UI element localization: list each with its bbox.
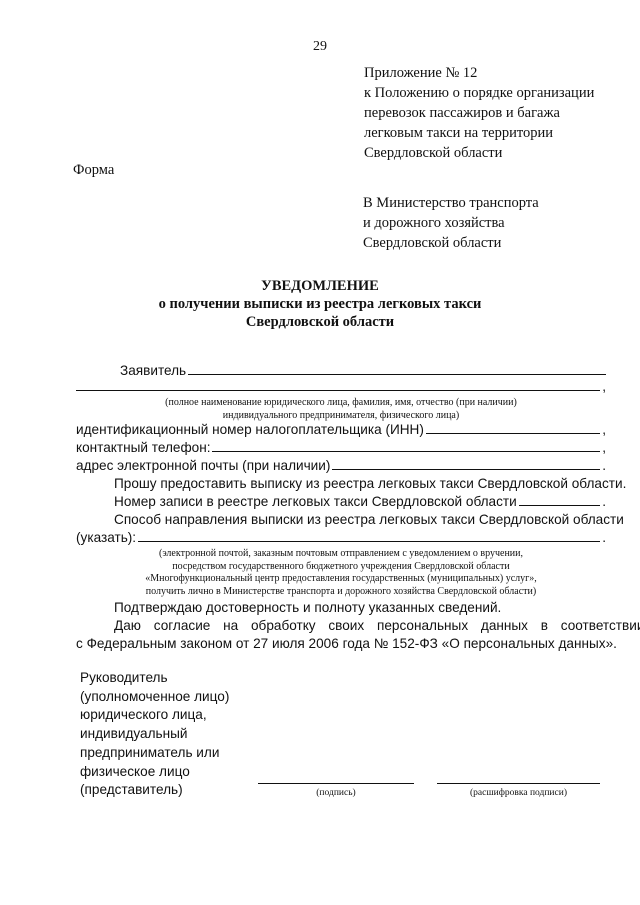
phone-label: контактный телефон: <box>76 439 210 457</box>
confirm-text: Подтверждаю достоверность и полноту указ… <box>114 599 501 617</box>
method-trailing: . <box>602 529 606 547</box>
document-title: УВЕДОМЛЕНИЕ о получении выписки из реест… <box>0 277 640 331</box>
consent-text-2: с Федеральным законом от 27 июля 2006 го… <box>76 635 617 653</box>
signatory-line: (уполномоченное лицо) <box>80 688 229 707</box>
method-note: (электронной почтой, заказным почтовым о… <box>76 548 606 598</box>
phone-input[interactable] <box>212 439 600 452</box>
record-trailing: . <box>602 493 606 511</box>
addressee-block: В Министерство транспорта и дорожного хо… <box>363 193 539 253</box>
method-note-line: посредством государственного бюджетного … <box>76 561 606 574</box>
request-text: Прошу предоставить выписку из реестра ле… <box>114 475 626 493</box>
inn-row: идентификационный номер налогоплательщик… <box>76 421 606 439</box>
signatory-line: физическое лицо <box>80 763 229 782</box>
method-input[interactable] <box>138 529 600 542</box>
method-note-line: (электронной почтой, заказным почтовым о… <box>76 548 606 561</box>
appendix-line: к Положению о порядке организации <box>364 83 594 103</box>
title-sub-1: о получении выписки из реестра легковых … <box>0 295 640 313</box>
method-note-line: получить лично в Министерстве транспорта… <box>76 586 606 599</box>
method-label: Способ направления выписки из реестра ле… <box>114 511 624 529</box>
inn-trailing: , <box>602 421 606 439</box>
method-row-2: (указать): . <box>76 529 606 547</box>
signatory-line: (представитель) <box>80 781 229 800</box>
method-label-2: (указать): <box>76 529 136 547</box>
signature-caption: (подпись) <box>258 787 414 800</box>
record-input[interactable] <box>519 493 600 506</box>
email-label: адрес электронной почты (при наличии) <box>76 457 330 475</box>
title-sub-2: Свердловской области <box>0 313 640 331</box>
applicant-input-continued[interactable] <box>76 378 600 391</box>
record-row: Номер записи в реестре легковых такси Св… <box>76 493 606 511</box>
signature-decoding-input[interactable] <box>437 783 600 784</box>
method-note-line: «Многофункциональный центр предоставлени… <box>76 573 606 586</box>
email-trailing: . <box>602 457 606 475</box>
addressee-line: В Министерство транспорта <box>363 193 539 213</box>
page-number: 29 <box>313 37 327 57</box>
signatory-block: Руководитель (уполномоченное лицо) юриди… <box>80 669 229 800</box>
addressee-line: Свердловской области <box>363 233 539 253</box>
signatory-line: индивидуальный <box>80 725 229 744</box>
phone-row: контактный телефон: , <box>76 439 606 457</box>
appendix-line: перевозок пассажиров и багажа <box>364 103 594 123</box>
inn-input[interactable] <box>426 421 600 434</box>
inn-label: идентификационный номер налогоплательщик… <box>76 421 424 439</box>
addressee-line: и дорожного хозяйства <box>363 213 539 233</box>
applicant-note-line: (полное наименование юридического лица, … <box>76 397 606 410</box>
applicant-row-2: , <box>76 378 606 396</box>
appendix-block: Приложение № 12 к Положению о порядке ор… <box>364 63 594 163</box>
email-input[interactable] <box>332 457 600 470</box>
signatory-line: юридического лица, <box>80 706 229 725</box>
phone-trailing: , <box>602 439 606 457</box>
appendix-line: легковым такси на территории <box>364 123 594 143</box>
method-row: Способ направления выписки из реестра ле… <box>76 511 606 529</box>
form-label: Форма <box>73 160 114 180</box>
applicant-input[interactable] <box>188 362 606 375</box>
decoding-caption: (расшифровка подписи) <box>437 787 600 800</box>
signatory-line: предприниматель или <box>80 744 229 763</box>
title-main: УВЕДОМЛЕНИЕ <box>0 277 640 295</box>
appendix-line: Свердловской области <box>364 143 594 163</box>
consent-text-1: Даю согласие на обработку своих персонал… <box>114 617 640 635</box>
signatory-line: Руководитель <box>80 669 229 688</box>
consent-row-2: с Федеральным законом от 27 июля 2006 го… <box>76 635 606 653</box>
appendix-line: Приложение № 12 <box>364 63 594 83</box>
applicant-note: (полное наименование юридического лица, … <box>76 397 606 422</box>
email-row: адрес электронной почты (при наличии) . <box>76 457 606 475</box>
record-label: Номер записи в реестре легковых такси Св… <box>114 493 517 511</box>
request-row: Прошу предоставить выписку из реестра ле… <box>76 475 606 493</box>
confirm-row: Подтверждаю достоверность и полноту указ… <box>76 599 606 617</box>
applicant-trailing: , <box>602 378 606 396</box>
signature-input[interactable] <box>258 783 414 784</box>
consent-row: Даю согласие на обработку своих персонал… <box>76 617 606 635</box>
